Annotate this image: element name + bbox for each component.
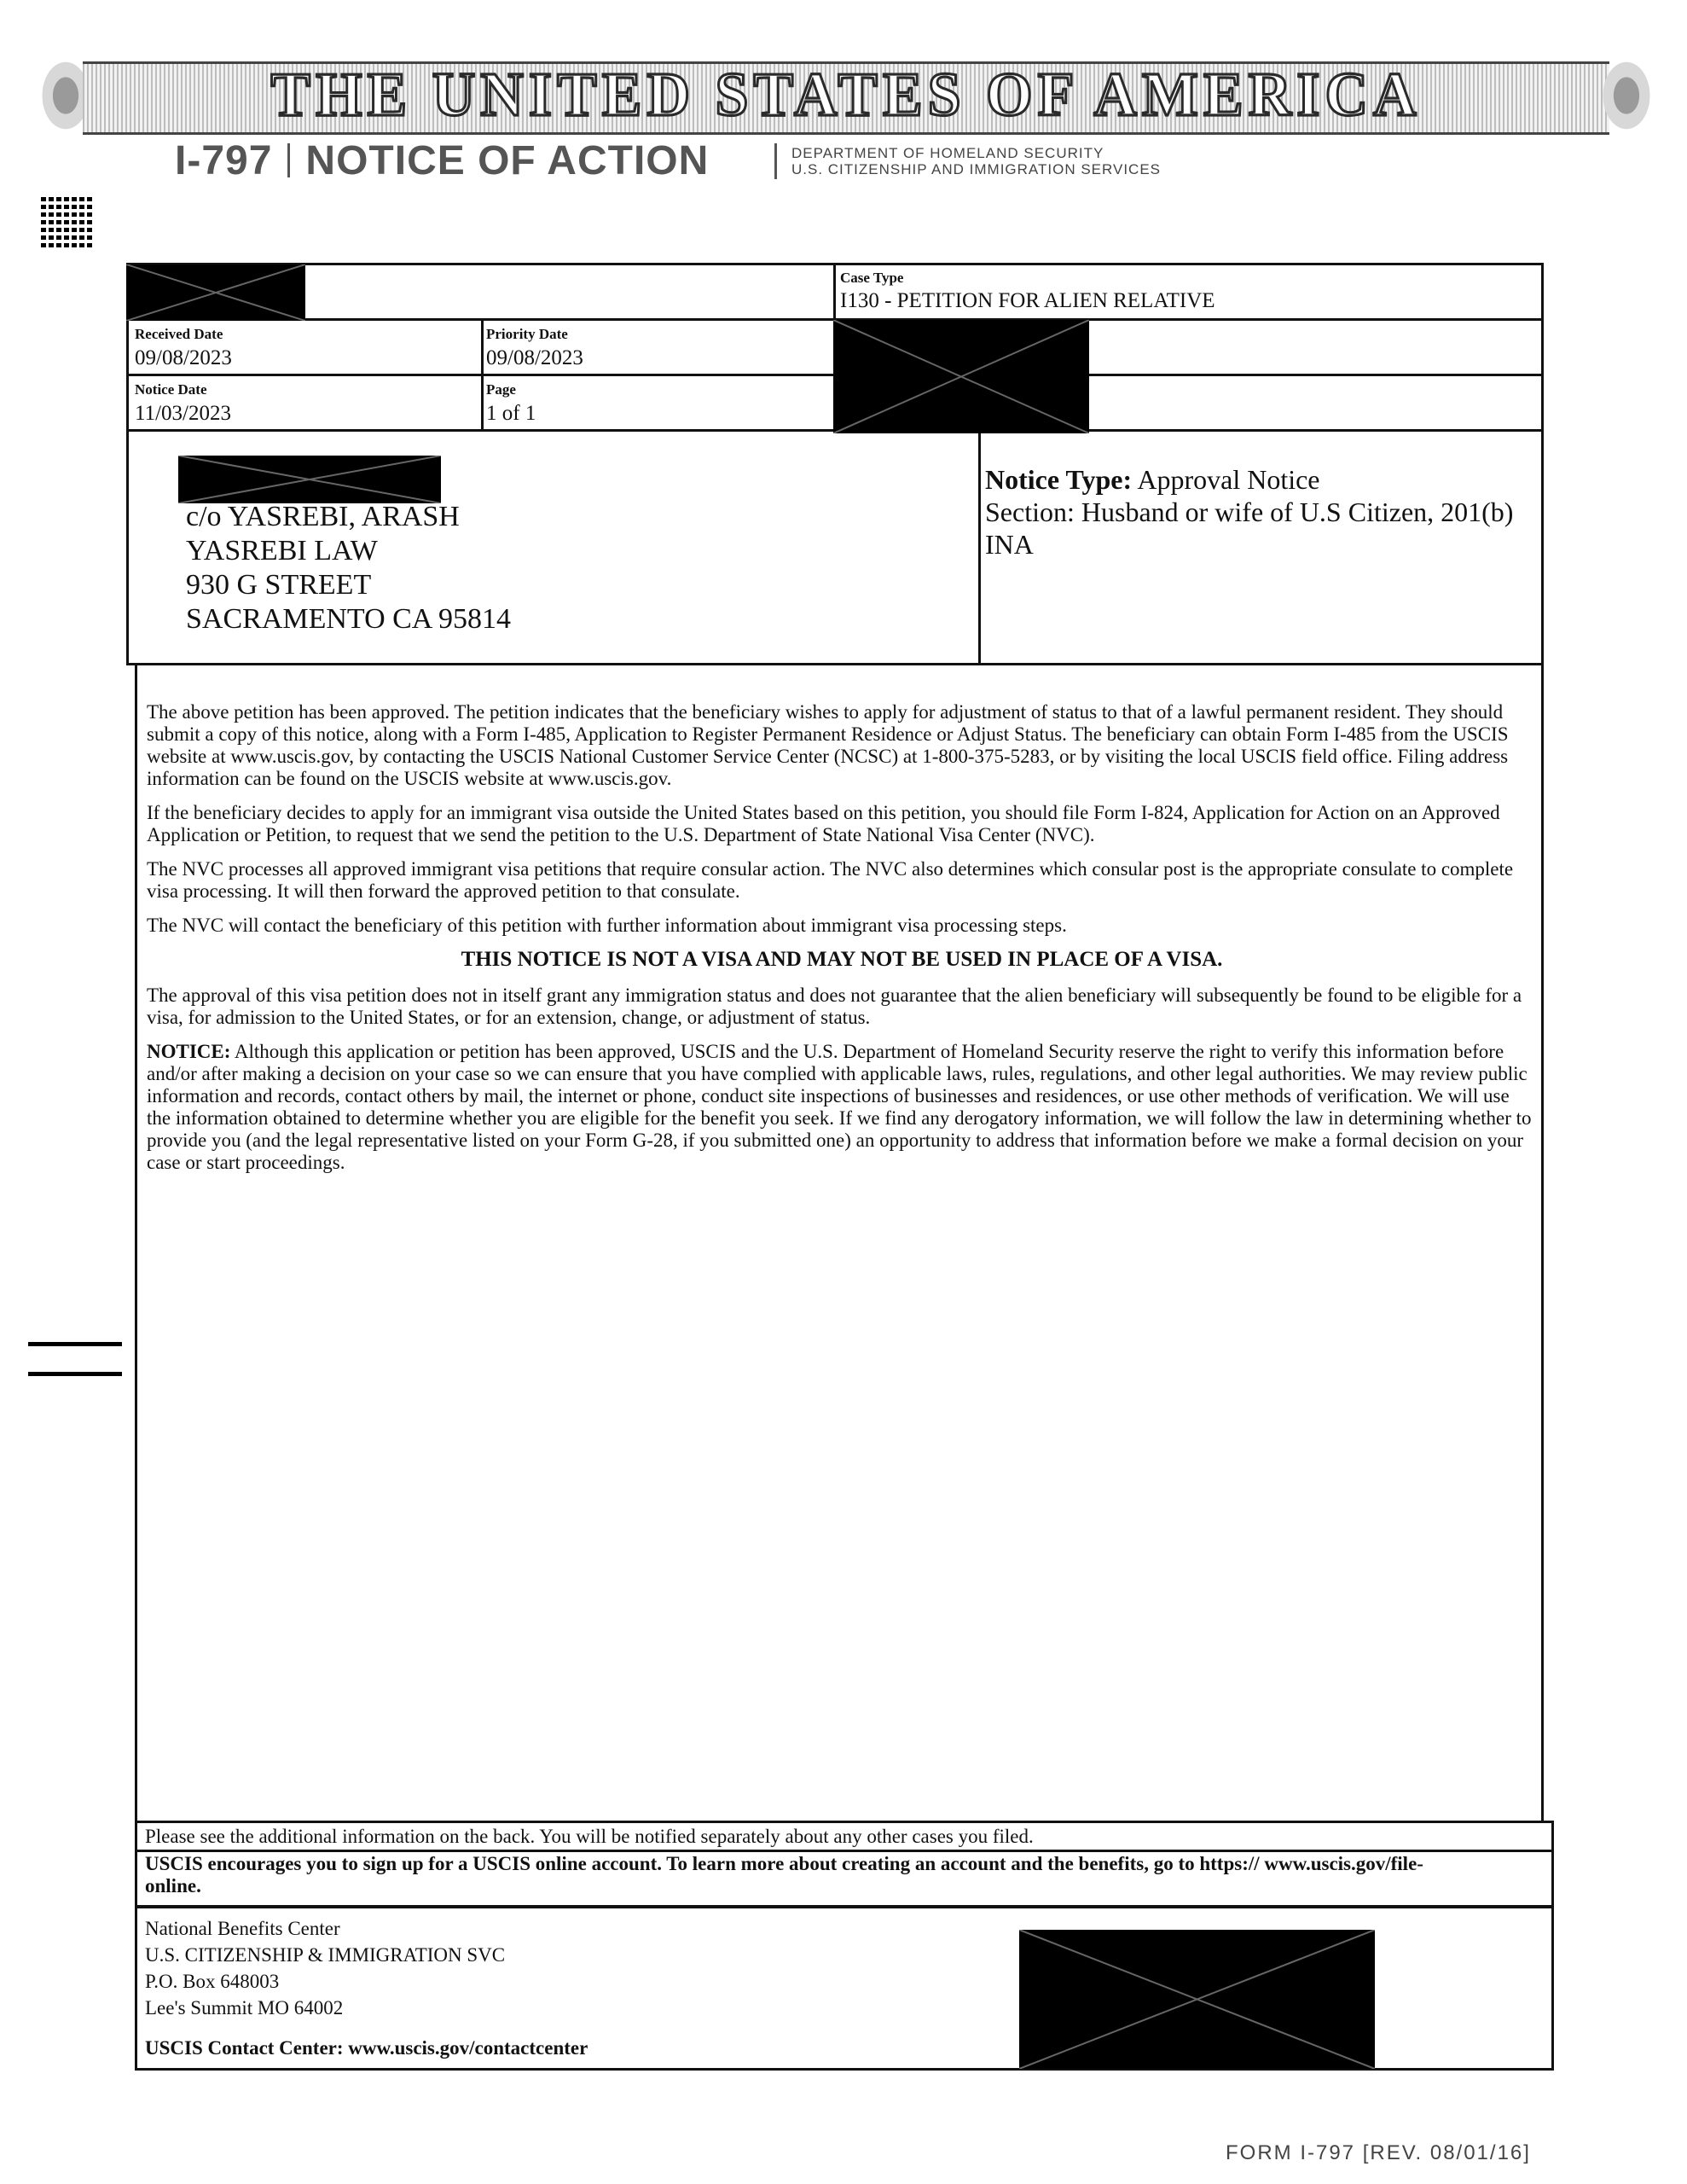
address-line-3: 930 G STREET xyxy=(186,568,511,602)
paragraph-nvc-processing: The NVC processes all approved immigrant… xyxy=(147,858,1537,903)
office-line-3: P.O. Box 648003 xyxy=(145,1968,505,1995)
priority-date-value: 09/08/2023 xyxy=(486,346,583,370)
paragraph-nvc-contact: The NVC will contact the beneficiary of … xyxy=(147,915,1537,937)
page-value: 1 of 1 xyxy=(486,402,536,426)
redacted-barcode xyxy=(1019,1930,1375,2069)
case-type-value: I130 - PETITION FOR ALIEN RELATIVE xyxy=(840,289,1215,313)
paragraph-approval-limits: The approval of this visa petition does … xyxy=(147,985,1537,1029)
address-line-1: c/o YASREBI, ARASH xyxy=(186,500,511,534)
notice-body: The above petition has been approved. Th… xyxy=(147,701,1537,1186)
fold-mark xyxy=(28,1372,122,1376)
agency-divider xyxy=(774,143,777,179)
notice-type-block: Notice Type: Approval Notice Section: Hu… xyxy=(985,463,1513,561)
agency-block: DEPARTMENT OF HOMELAND SECURITY U.S. CIT… xyxy=(791,145,1161,177)
divider xyxy=(978,429,981,665)
notice-section-cont: INA xyxy=(985,528,1513,561)
address-line-4: SACRAMENTO CA 95814 xyxy=(186,602,511,636)
office-line-1: National Benefits Center xyxy=(145,1915,505,1942)
not-a-visa-warning: THIS NOTICE IS NOT A VISA AND MAY NOT BE… xyxy=(147,949,1537,971)
paragraph-approval: The above petition has been approved. Th… xyxy=(147,701,1537,790)
notice-text: Although this application or petition ha… xyxy=(147,1041,1532,1173)
banner-title: THE UNITED STATES OF AMERICA xyxy=(87,63,1605,128)
address-line-2: YASREBI LAW xyxy=(186,534,511,568)
priority-date-label: Priority Date xyxy=(486,326,568,342)
contact-center-link[interactable]: USCIS Contact Center: www.uscis.gov/cont… xyxy=(145,2037,588,2059)
office-line-4: Lee's Summit MO 64002 xyxy=(145,1995,505,2021)
banner: THE UNITED STATES OF AMERICA xyxy=(36,53,1656,138)
fold-mark xyxy=(28,1342,122,1346)
form-title: I-797NOTICE OF ACTION xyxy=(175,139,709,183)
notice-date-value: 11/03/2023 xyxy=(135,402,231,426)
agency-line-2: U.S. CITIZENSHIP AND IMMIGRATION SERVICE… xyxy=(791,161,1161,177)
online-account-text: USCIS encourages you to sign up for a US… xyxy=(145,1853,1475,1897)
form-revision: FORM I-797 [REV. 08/01/16] xyxy=(1226,2141,1531,2165)
redacted-beneficiary-info xyxy=(833,320,1089,433)
form-number: I-797 xyxy=(175,138,272,183)
office-line-2: U.S. CITIZENSHIP & IMMIGRATION SVC xyxy=(145,1942,505,1968)
redacted-receipt-number xyxy=(126,264,305,321)
divider xyxy=(481,318,484,429)
notice-type-value: Approval Notice xyxy=(1137,464,1319,495)
notice-date-label: Notice Date xyxy=(135,381,207,398)
notice-section: Section: Husband or wife of U.S Citizen,… xyxy=(985,496,1513,528)
paragraph-immigrant-visa: If the beneficiary decides to apply for … xyxy=(147,802,1537,846)
page-label: Page xyxy=(486,381,516,398)
additional-info-text: Please see the additional information on… xyxy=(145,1826,1034,1848)
case-type-label: Case Type xyxy=(840,270,903,286)
ornament-right-icon xyxy=(1597,53,1656,138)
notice-label: NOTICE: xyxy=(147,1041,230,1062)
notice-type-label: Notice Type: xyxy=(985,464,1132,495)
redacted-addressee-name xyxy=(178,456,441,503)
mailing-address: c/o YASREBI, ARASH YASREBI LAW 930 G STR… xyxy=(186,500,511,636)
barcode-icon xyxy=(41,195,92,247)
divider xyxy=(135,1905,1554,1908)
received-date-label: Received Date xyxy=(135,326,223,342)
agency-line-1: DEPARTMENT OF HOMELAND SECURITY xyxy=(791,145,1161,161)
received-date-value: 09/08/2023 xyxy=(135,346,232,370)
paragraph-notice: NOTICE: Although this application or pet… xyxy=(147,1041,1537,1174)
service-center-address: National Benefits Center U.S. CITIZENSHI… xyxy=(145,1915,505,2021)
divider xyxy=(135,1850,1554,1852)
title-divider xyxy=(287,143,290,177)
form-name: NOTICE OF ACTION xyxy=(305,138,709,183)
